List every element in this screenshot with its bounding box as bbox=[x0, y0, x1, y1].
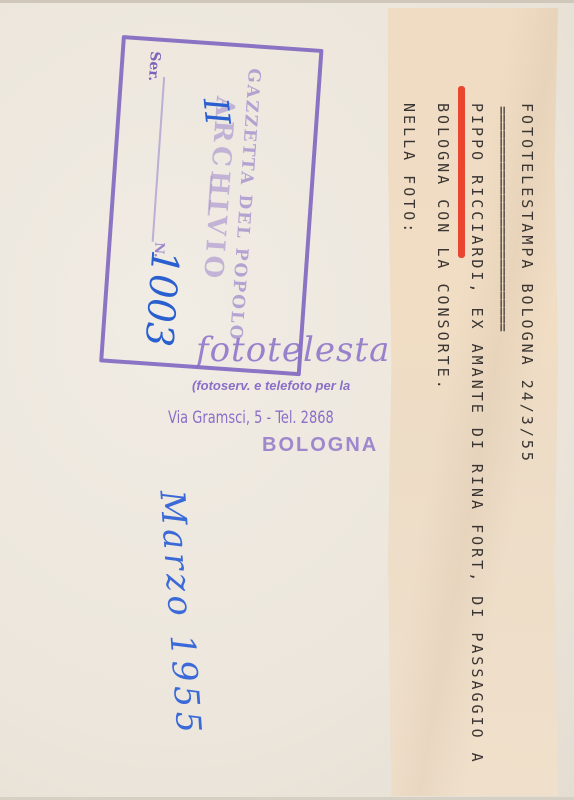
photo-back: GAZZETTA DEL POPOLO ARCHIVIO Ser. N. II … bbox=[0, 0, 574, 800]
stamp-series-label: Ser. bbox=[145, 51, 163, 82]
agency-city: BOLOGNA bbox=[262, 434, 378, 457]
caption-line-2: BOLOGNA CON LA CONSORTE. bbox=[434, 103, 452, 392]
caption-header: FOTOTELESTAMPA BOLOGNA 24/3/55 bbox=[518, 103, 536, 464]
handwritten-number: 1003 bbox=[137, 249, 188, 349]
top-edge bbox=[0, 0, 574, 3]
handwritten-series: II bbox=[195, 96, 238, 127]
stamp-field-line bbox=[152, 77, 166, 242]
caption-rule: ============================ bbox=[494, 106, 512, 331]
caption-label: FOTOTELESTAMPA BOLOGNA 24/3/55 =========… bbox=[388, 8, 558, 796]
caption-line-3: NELLA FOTO: bbox=[400, 103, 418, 235]
caption-line-1: PIPPO RICCIARDI, EX AMANTE DI RINA FORT,… bbox=[468, 103, 486, 765]
agency-address: Via Gramsci, 5 - Tel. 2868 bbox=[168, 408, 334, 428]
handwritten-date: Marzo 1955 bbox=[151, 489, 208, 738]
red-pencil-underline bbox=[458, 86, 465, 258]
archive-stamp: GAZZETTA DEL POPOLO ARCHIVIO Ser. N. bbox=[99, 35, 323, 376]
agency-services: (fotoserv. e telefoto per la bbox=[192, 378, 350, 393]
agency-name: fototelestam bbox=[196, 330, 424, 370]
